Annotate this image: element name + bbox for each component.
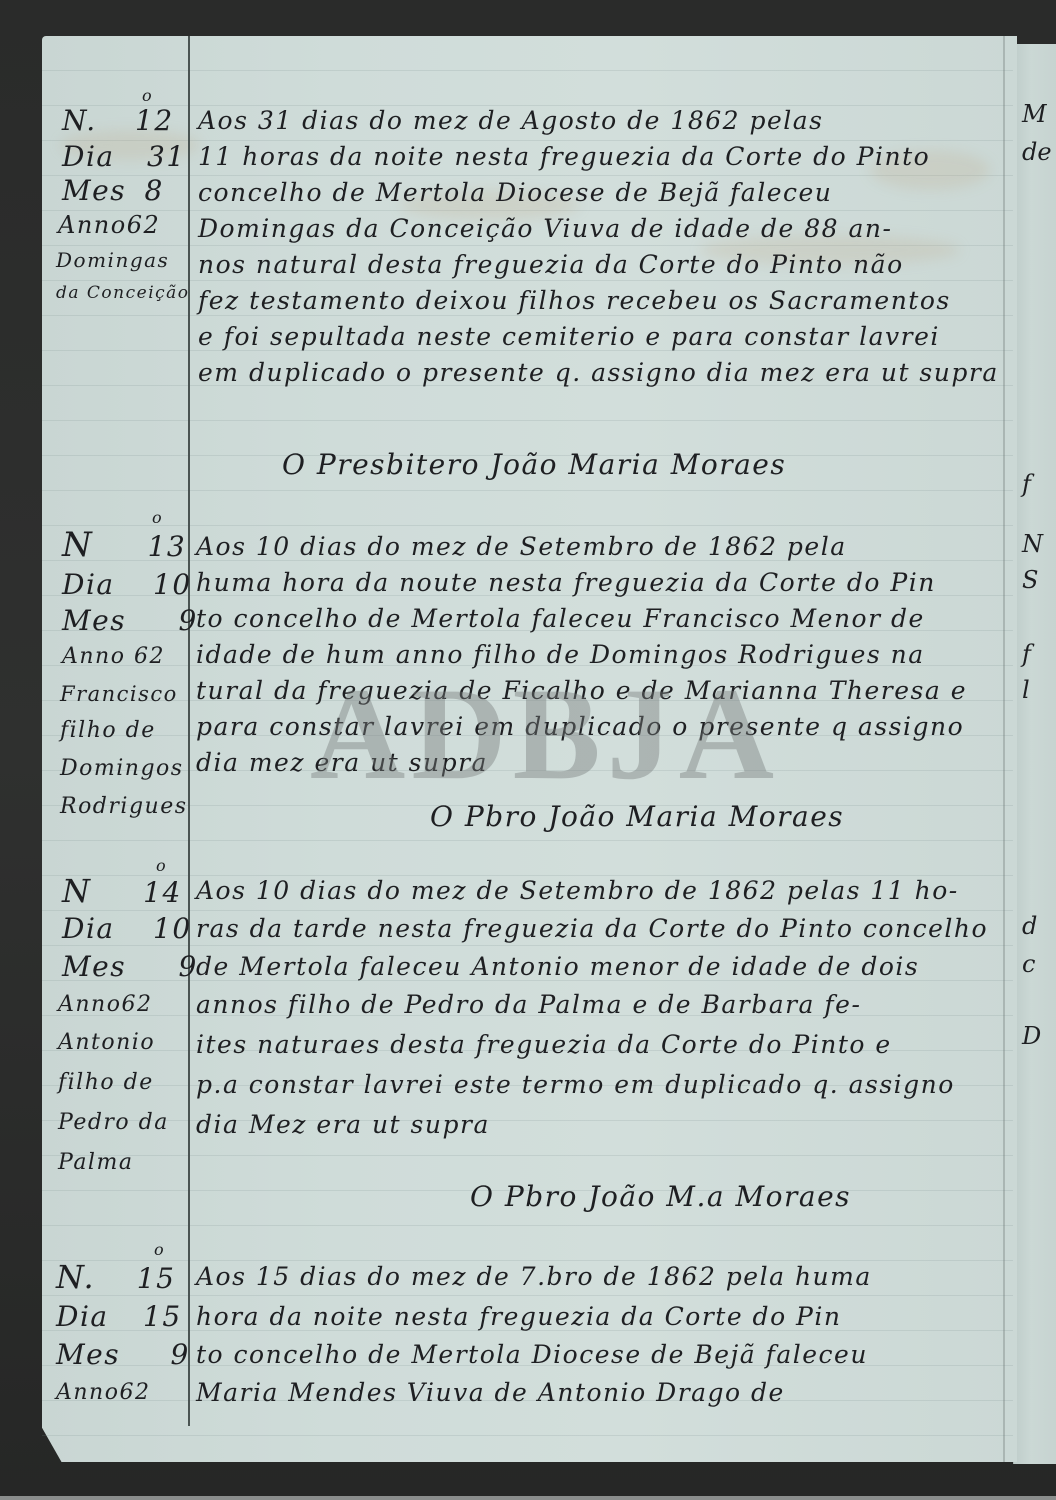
facing-page-edge [1013,44,1056,1464]
facing-page-text: de [1022,138,1052,166]
entry-text-line: para constar lavrei em duplicado o prese… [196,712,964,742]
entry-name: filho de [58,1070,154,1095]
entry-text-line: hora da noite nesta freguezia da Corte d… [196,1302,841,1332]
entry-text-line: Aos 10 dias do mez de Setembro de 1862 p… [196,532,847,562]
entry-name: Domingas [56,248,169,272]
entry-number: N 14 [62,876,182,908]
entry-text-line: to concelho de Mertola Diocese de Bejã f… [196,1340,868,1370]
facing-page-text: f [1022,640,1031,668]
entry-year: Anno62 [56,1378,150,1408]
entry-day: Dia 31 [62,142,186,172]
entry-day: Dia 10 [62,570,192,600]
entry-name: Domingos [60,756,184,781]
entry-month: Mes 9 [62,606,198,636]
entry-text-line: idade de hum anno filho de Domingos Rodr… [196,640,925,670]
entry-text-line: ras da tarde nesta freguezia da Corte do… [196,914,988,944]
entry-text-line: Aos 15 dias do mez de 7.bro de 1862 pela… [196,1262,872,1292]
entry-text-line: 11 horas da noite nesta freguezia da Cor… [198,142,930,172]
entry-month: Mes 9 [56,1340,190,1370]
entry-text-line: to concelho de Mertola faleceu Francisco… [196,604,925,634]
page-fold [1003,36,1005,1462]
margin-rule [188,36,190,1426]
entry-number-superscript: o [152,508,162,527]
entry-text-line: annos filho de Pedro da Palma e de Barba… [196,990,861,1020]
entry-text-line: de Mertola faleceu Antonio menor de idad… [196,952,919,982]
entry-number: N. 15 [56,1262,175,1294]
entry-text-line: tural da freguezia de Ficalho e de Maria… [196,676,967,706]
entry-name: Rodrigues [60,794,188,819]
entry-text-line: p.a constar lavrei este termo em duplica… [196,1070,955,1100]
scanner-edge [0,1496,1056,1500]
facing-page-text: d [1022,912,1037,940]
entry-number-superscript: o [154,1240,164,1259]
entry-day: Dia 10 [62,914,192,944]
entry-name: Francisco [60,682,178,706]
entry-text-line: e foi sepultada neste cemiterio e para c… [198,322,940,352]
entry-name: filho de [60,718,156,743]
entry-text-line: dia mez era ut supra [196,748,488,778]
entry-text-line: nos natural desta freguezia da Corte do … [198,250,904,280]
facing-page-text: l [1022,676,1030,704]
entry-number: N 13 [62,530,186,562]
entry-text-line: dia Mez era ut supra [196,1110,490,1140]
entry-day: Dia 15 [56,1302,182,1332]
entry-number-superscript: o [142,86,152,105]
entry-text-line: huma hora da noute nesta freguezia da Co… [196,568,936,598]
priest-signature: O Pbro João Maria Moraes [430,800,844,833]
entry-year: Anno62 [58,210,160,240]
facing-page-text: D [1022,1022,1041,1050]
entry-year: Anno62 [58,990,152,1020]
entry-name: Pedro da [58,1110,169,1135]
facing-page-text: N [1022,530,1043,558]
entry-number: N. 12 [62,106,174,136]
facing-page-text: M [1022,100,1047,128]
facing-page-text: c [1022,950,1035,978]
entry-text-line: concelho de Mertola Diocese de Bejã fale… [198,178,832,208]
entry-text-line: Aos 31 dias do mez de Agosto de 1862 pel… [198,106,824,136]
facing-page-text: f [1022,470,1031,498]
entry-name: da Conceição [56,283,190,303]
entry-text-line: ites naturaes desta freguezia da Corte d… [196,1030,892,1060]
facing-page-text: S [1022,566,1038,594]
entry-number-superscript: o [156,856,166,875]
entry-year: Anno 62 [62,642,165,672]
entry-month: Mes 9 [62,952,198,982]
priest-signature: O Pbro João M.a Moraes [470,1180,851,1213]
entry-name: Antonio [58,1030,155,1055]
entry-text-line: Maria Mendes Viuva de Antonio Drago de [196,1378,785,1408]
entry-text-line: fez testamento deixou filhos recebeu os … [198,286,951,316]
priest-signature: O Presbitero João Maria Moraes [282,448,786,481]
entry-month: Mes 8 [62,176,164,206]
entry-name: Palma [58,1150,133,1175]
entry-text-line: em duplicado o presente q. assigno dia m… [198,358,999,388]
entry-text-line: Domingas da Conceição Viuva de idade de … [198,214,892,244]
entry-text-line: Aos 10 dias do mez de Setembro de 1862 p… [196,876,959,906]
